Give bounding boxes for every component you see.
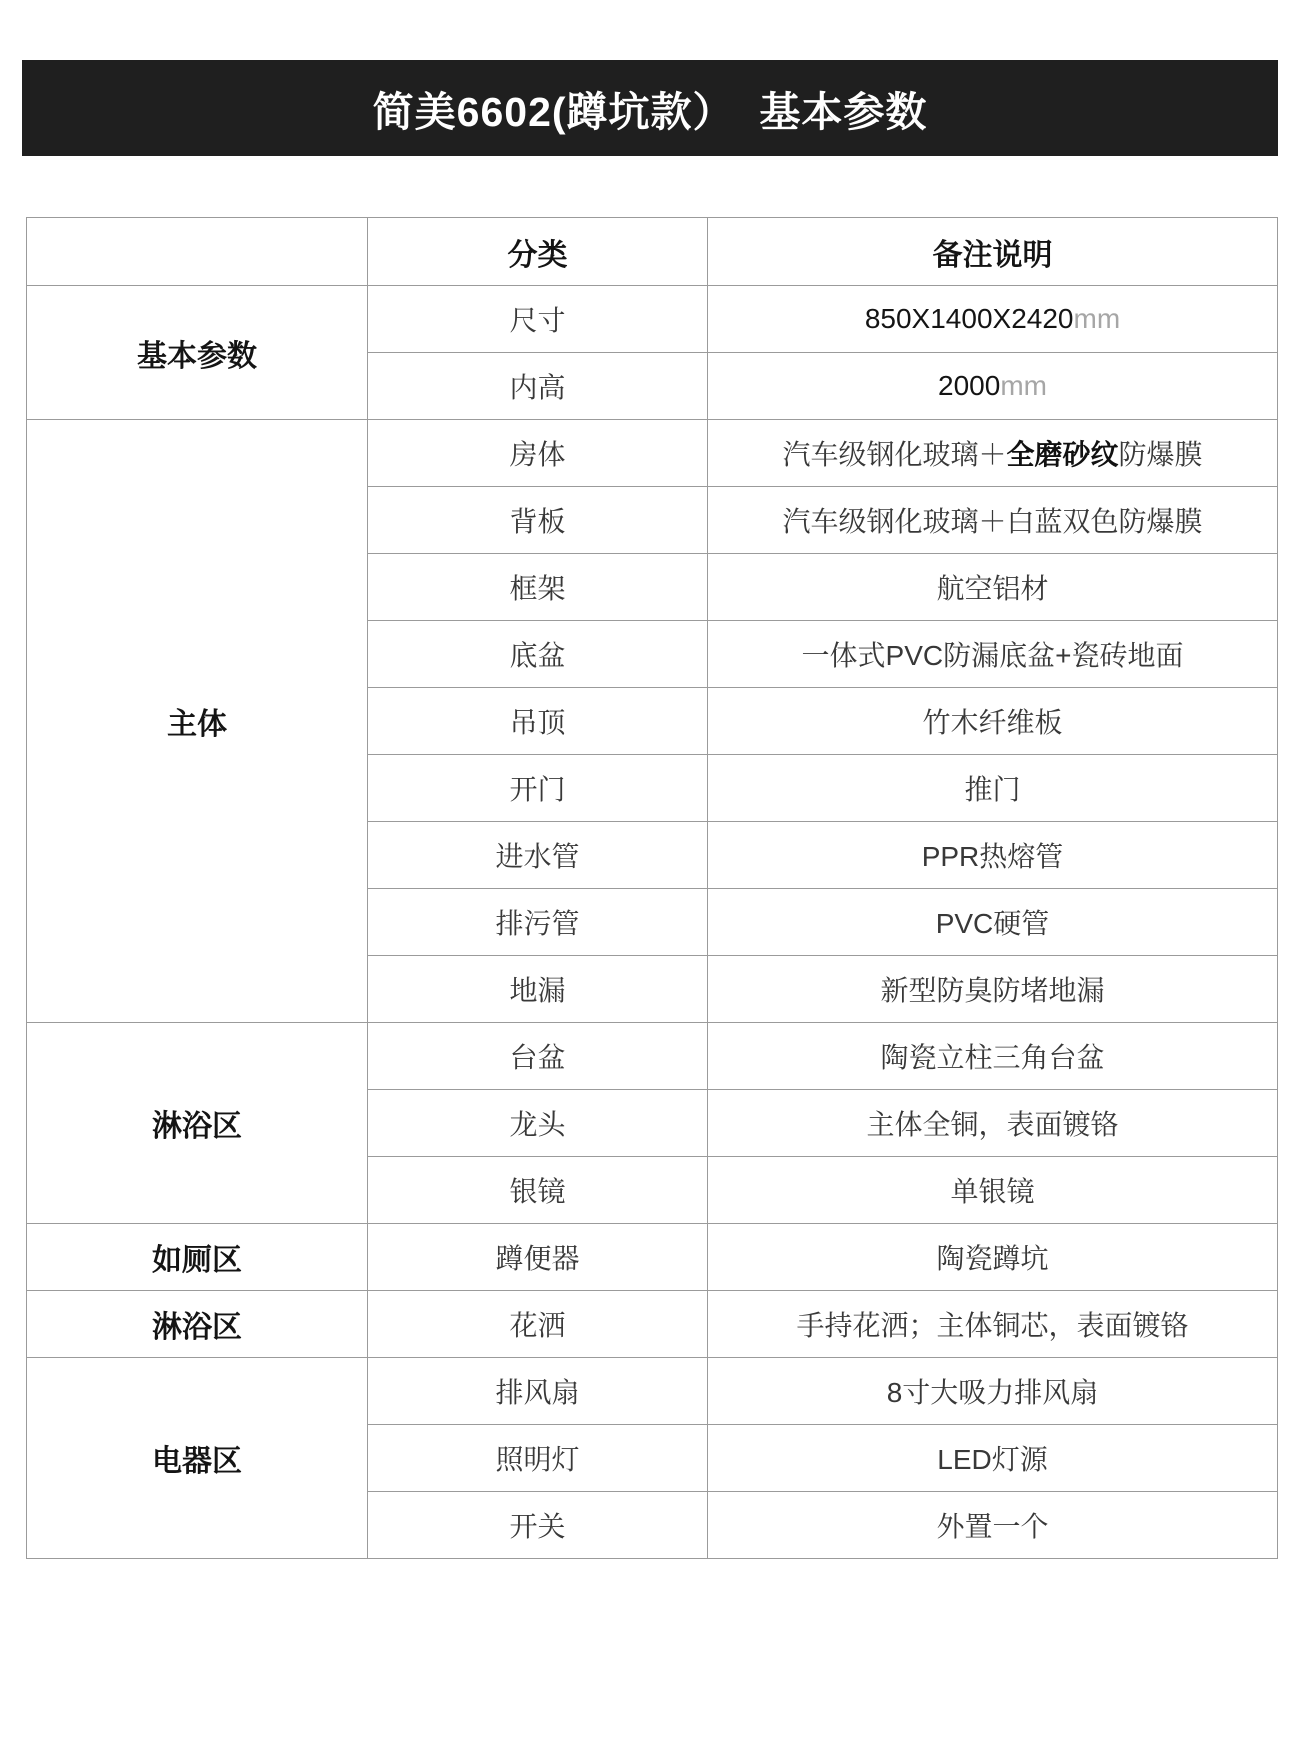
spec-value-segment: mm xyxy=(1074,303,1121,334)
spec-value-segment: 航空铝材 xyxy=(936,573,1048,604)
spec-value: 主体全铜，表面镀铬 xyxy=(708,1090,1278,1157)
spec-name: 地漏 xyxy=(368,956,708,1023)
spec-name: 排污管 xyxy=(368,889,708,956)
spec-value-segment: 陶瓷蹲坑 xyxy=(936,1243,1048,1274)
spec-value-segment: 外置一个 xyxy=(936,1511,1048,1542)
spec-value: 汽车级钢化玻璃＋白蓝双色防爆膜 xyxy=(708,487,1278,554)
spec-name: 尺寸 xyxy=(368,286,708,353)
spec-value-segment: 竹木纤维板 xyxy=(922,707,1062,738)
spec-value-segment: 一体式PVC防漏底盆+瓷砖地面 xyxy=(802,640,1184,671)
spec-name: 开门 xyxy=(368,755,708,822)
spec-name: 背板 xyxy=(368,487,708,554)
group-label: 如厕区 xyxy=(27,1224,368,1291)
spec-value-segment: PVC硬管 xyxy=(936,908,1050,939)
spec-value: PVC硬管 xyxy=(708,889,1278,956)
spec-value: 外置一个 xyxy=(708,1492,1278,1559)
spec-value-segment: 主体全铜，表面镀铬 xyxy=(866,1109,1118,1140)
page-title: 简美6602(蹲坑款） 基本参数 xyxy=(373,79,928,138)
spec-value-segment: 汽车级钢化玻璃＋白蓝双色防爆膜 xyxy=(782,506,1202,537)
spec-name: 进水管 xyxy=(368,822,708,889)
spec-value: 陶瓷蹲坑 xyxy=(708,1224,1278,1291)
spec-value-segment: 单银镜 xyxy=(950,1176,1034,1207)
spec-name: 内高 xyxy=(368,353,708,420)
spec-value: 一体式PVC防漏底盆+瓷砖地面 xyxy=(708,621,1278,688)
spec-name: 吊顶 xyxy=(368,688,708,755)
spec-value-segment: 全磨砂纹 xyxy=(1006,439,1118,470)
spec-value: 航空铝材 xyxy=(708,554,1278,621)
spec-value-segment: mm xyxy=(1000,370,1047,401)
spec-value-segment: 新型防臭防堵地漏 xyxy=(880,975,1104,1006)
spec-value-segment: LED灯源 xyxy=(937,1444,1047,1475)
title-banner: 简美6602(蹲坑款） 基本参数 xyxy=(22,60,1278,156)
header-group-cell xyxy=(27,218,368,286)
spec-name: 底盆 xyxy=(368,621,708,688)
spec-name: 花洒 xyxy=(368,1291,708,1358)
spec-value: 850X1400X2420mm xyxy=(708,286,1278,353)
table-row: 基本参数尺寸850X1400X2420mm xyxy=(27,286,1278,353)
spec-name: 开关 xyxy=(368,1492,708,1559)
spec-value: 陶瓷立柱三角台盆 xyxy=(708,1023,1278,1090)
spec-value-segment: 手持花洒；主体铜芯，表面镀铬 xyxy=(796,1310,1188,1341)
spec-value-segment: 防爆膜 xyxy=(1119,439,1203,470)
table-row: 电器区排风扇8寸大吸力排风扇 xyxy=(27,1358,1278,1425)
spec-value-segment: 汽车级钢化玻璃＋ xyxy=(782,439,1006,470)
spec-name: 银镜 xyxy=(368,1157,708,1224)
group-label: 主体 xyxy=(27,420,368,1023)
spec-name: 龙头 xyxy=(368,1090,708,1157)
spec-name: 排风扇 xyxy=(368,1358,708,1425)
spec-value-segment: 推门 xyxy=(964,774,1020,805)
table-row: 淋浴区花洒手持花洒；主体铜芯，表面镀铬 xyxy=(27,1291,1278,1358)
spec-sheet-page: 简美6602(蹲坑款） 基本参数 分类 备注说明 基本参数尺寸850X1400X… xyxy=(0,0,1300,1737)
table-row: 主体房体汽车级钢化玻璃＋全磨砂纹防爆膜 xyxy=(27,420,1278,487)
group-label: 基本参数 xyxy=(27,286,368,420)
spec-name: 框架 xyxy=(368,554,708,621)
spec-name: 房体 xyxy=(368,420,708,487)
header-value-cell: 备注说明 xyxy=(708,218,1278,286)
table-header-row: 分类 备注说明 xyxy=(27,218,1278,286)
spec-value: 推门 xyxy=(708,755,1278,822)
group-label: 淋浴区 xyxy=(27,1291,368,1358)
spec-value-segment: 8寸大吸力排风扇 xyxy=(887,1377,1099,1408)
spec-value-segment: 陶瓷立柱三角台盆 xyxy=(880,1042,1104,1073)
spec-value: 8寸大吸力排风扇 xyxy=(708,1358,1278,1425)
group-label: 淋浴区 xyxy=(27,1023,368,1224)
spec-value: 竹木纤维板 xyxy=(708,688,1278,755)
spec-table: 分类 备注说明 基本参数尺寸850X1400X2420mm内高2000mm主体房… xyxy=(26,217,1278,1559)
table-row: 淋浴区台盆陶瓷立柱三角台盆 xyxy=(27,1023,1278,1090)
spec-value-segment: PPR热熔管 xyxy=(922,841,1064,872)
spec-value: 手持花洒；主体铜芯，表面镀铬 xyxy=(708,1291,1278,1358)
group-label: 电器区 xyxy=(27,1358,368,1559)
spec-value: PPR热熔管 xyxy=(708,822,1278,889)
spec-value-segment: 850X1400X2420 xyxy=(865,303,1074,334)
spec-name: 照明灯 xyxy=(368,1425,708,1492)
header-name-cell: 分类 xyxy=(368,218,708,286)
spec-value: 单银镜 xyxy=(708,1157,1278,1224)
spec-value-segment: 2000 xyxy=(938,370,1000,401)
table-row: 如厕区蹲便器陶瓷蹲坑 xyxy=(27,1224,1278,1291)
spec-value: LED灯源 xyxy=(708,1425,1278,1492)
spec-value: 2000mm xyxy=(708,353,1278,420)
spec-value: 新型防臭防堵地漏 xyxy=(708,956,1278,1023)
spec-name: 蹲便器 xyxy=(368,1224,708,1291)
spec-name: 台盆 xyxy=(368,1023,708,1090)
spec-value: 汽车级钢化玻璃＋全磨砂纹防爆膜 xyxy=(708,420,1278,487)
